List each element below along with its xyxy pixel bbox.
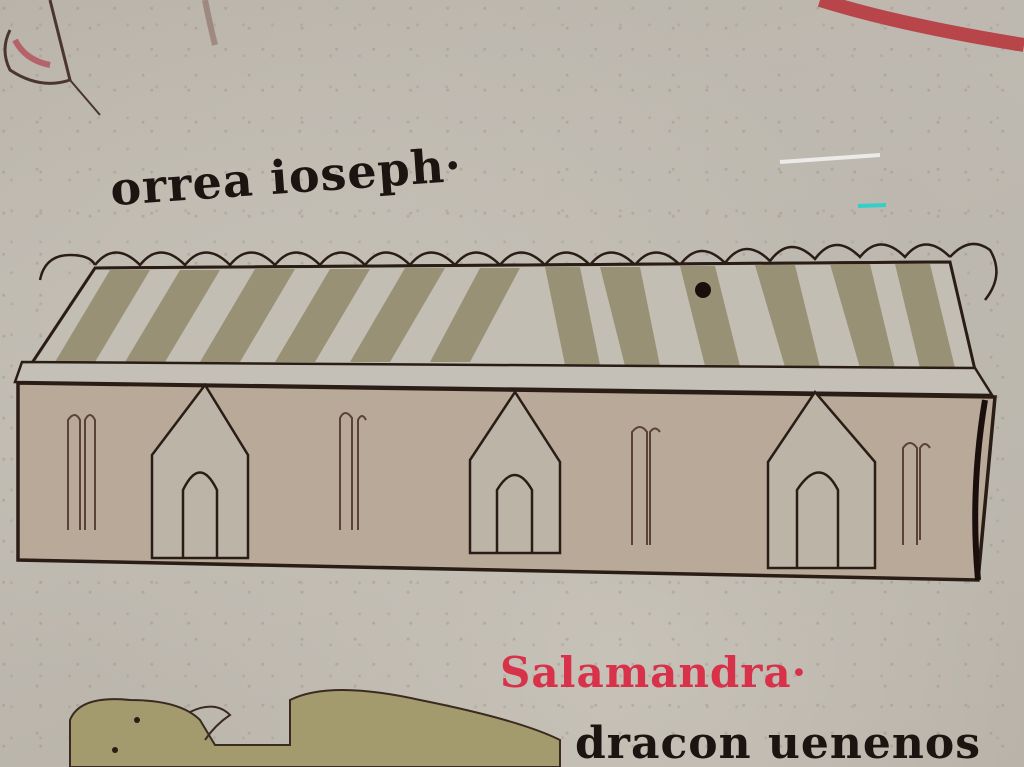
creature-text: dracon uenenos [575, 718, 981, 767]
ink-spot [695, 282, 711, 298]
manuscript-photo: orrea ioseph· Salamandra· dracon uenenos [0, 0, 1024, 767]
salamander-creature [70, 690, 560, 767]
glare-highlight-cyan [858, 205, 886, 206]
red-border-line [820, 0, 1024, 45]
creature-title: Salamandra· [500, 648, 807, 697]
glare-highlight [780, 155, 880, 162]
granary-building [15, 244, 996, 580]
top-left-fragment [5, 0, 215, 115]
